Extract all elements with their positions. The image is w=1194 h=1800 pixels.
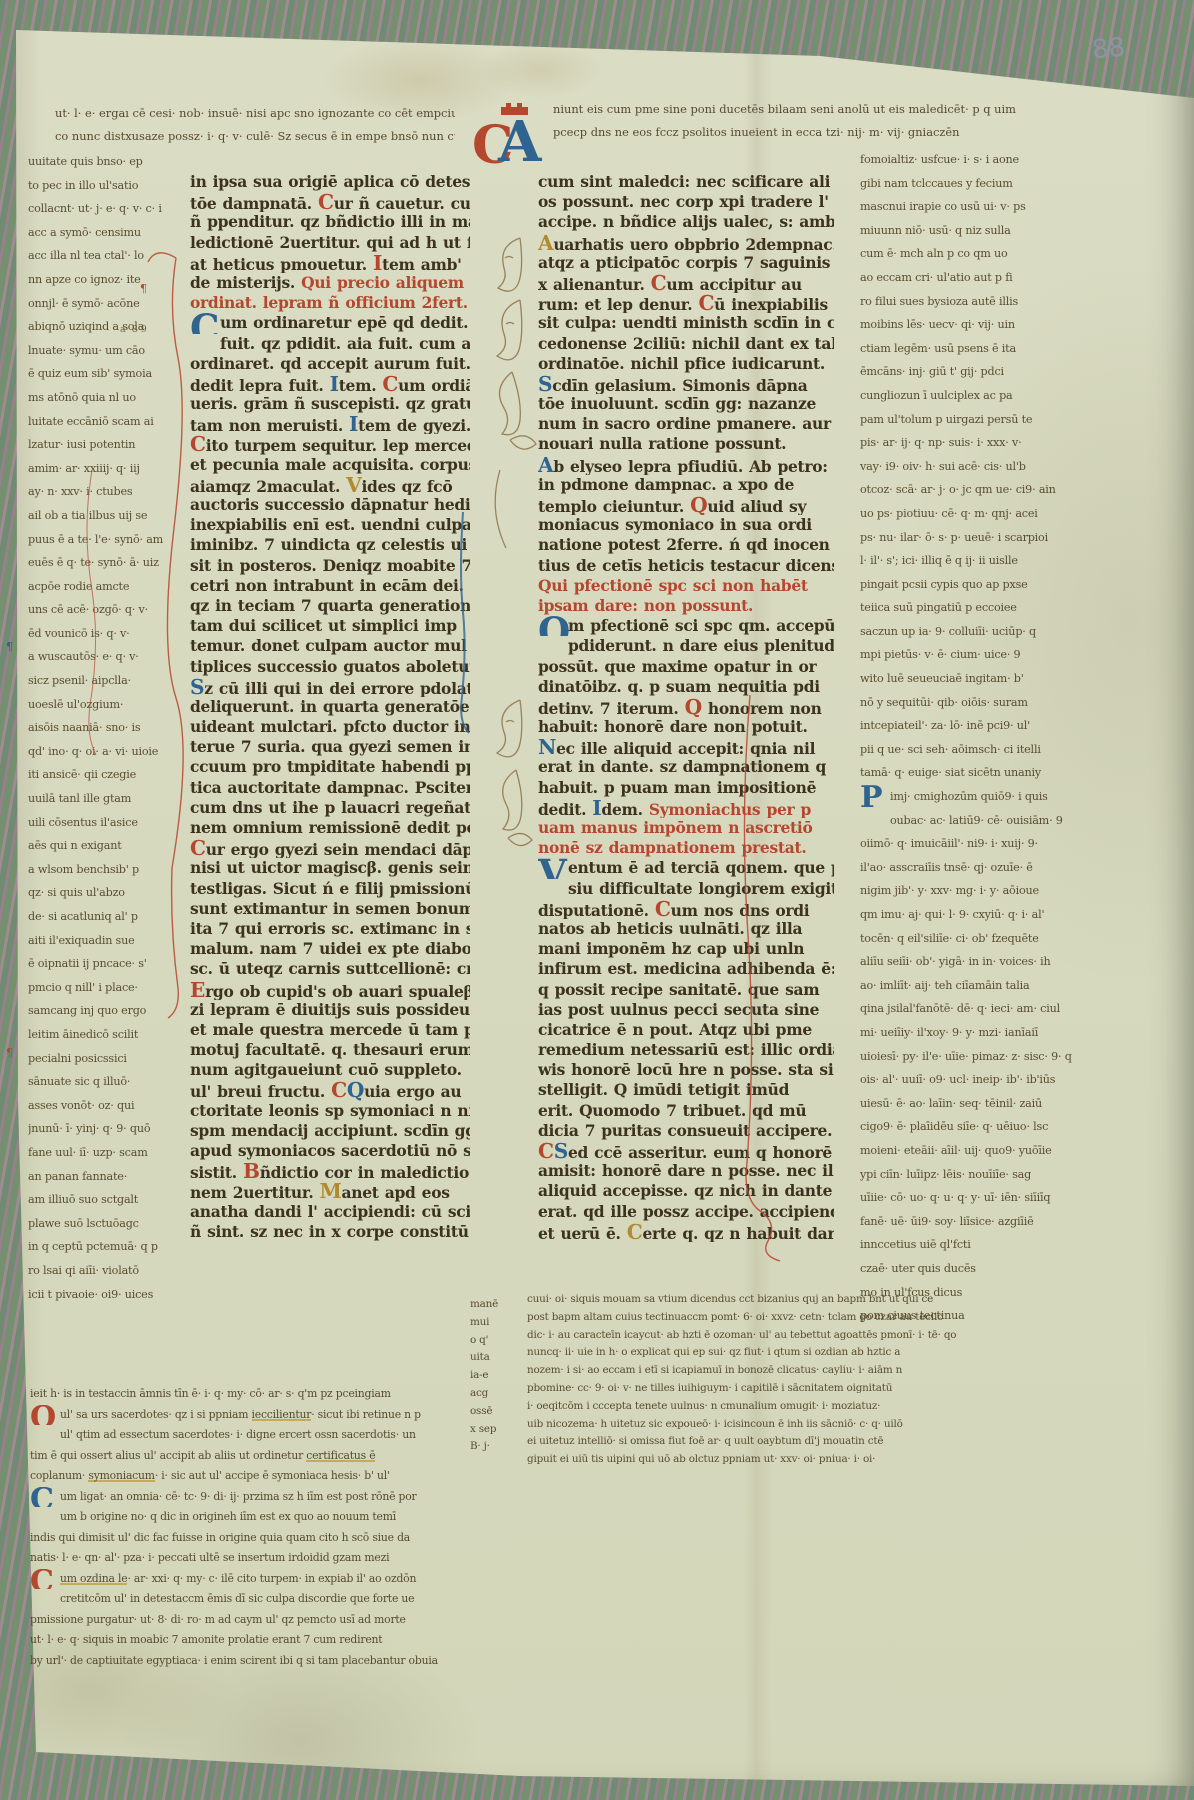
text-line: nonē sz dampnationem prestat.: [538, 838, 834, 858]
text-line: qina jsilal'fanōtē· dē· q· ieci· am· ciu…: [860, 997, 1172, 1021]
text-line: nn apze co ignoz· ite: [28, 268, 166, 292]
bottom-gloss-left: ieit h· is in testaccin āmnis tīn ē· i· …: [30, 1384, 478, 1671]
text-line: nisi ut uictor magiscβ. genis sein in: [190, 858, 470, 878]
text-line: cretitcōm ul' in detestaccm ēmis dī sic …: [30, 1589, 478, 1610]
body-text: symoniacum: [88, 1469, 154, 1482]
text-line: ieit h· is in testaccin āmnis tīn ē· i· …: [30, 1384, 478, 1405]
text-line: erit. Quomodo 7 tribuet. qd mū: [538, 1101, 834, 1121]
text-line: ia-e: [470, 1367, 525, 1385]
body-text: tica auctoritate dampnac. Psciteri: [190, 778, 470, 797]
text-line: abiqnō uziqind a sola: [28, 315, 166, 339]
body-text: aēs qui n exigant: [28, 839, 122, 852]
text-line: uili cōsentus il'asice: [28, 811, 166, 835]
text-line: vay· i9· oiv· h· sui acē· cis· ul'b: [860, 455, 1172, 479]
body-text: uns cē acē· ozgō· q· v·: [28, 603, 148, 616]
body-text: S: [538, 374, 552, 394]
text-line: possūt. que maxime opatur in or: [538, 657, 834, 677]
body-text: V: [346, 475, 361, 495]
text-line: tam dui scilicet ut simplici imp: [190, 616, 470, 636]
bottom-gloss-right: cuui· oi· siquis mouam sa vtium dicendus…: [527, 1291, 1177, 1469]
body-text: in pdmone dampnac. a xpo de: [538, 475, 794, 494]
body-text: A: [538, 455, 553, 475]
body-text: temur. donet culpam auctor mul: [190, 636, 467, 655]
text-line: ois· al'· uuiī· o9· ucl· ineip· ib'· ib'…: [860, 1068, 1172, 1092]
text-line: dedit lepra fuit. Item. Cum ordiā: [190, 374, 470, 394]
body-text: wito luē seueuciaē ingitam· b': [860, 672, 1024, 685]
paragraph-mark: ¶: [6, 1046, 13, 1059]
body-text: m pfectionē sci spc qm. accepūt p: [568, 616, 834, 635]
text-line: de· si acatluniq al' p: [28, 905, 166, 929]
body-text: in q ceptū pctemuā· q p: [28, 1240, 158, 1253]
body-text: jnunū· ī· yinj· q· 9· quō: [28, 1122, 150, 1135]
text-line: co nunc distxusaze possz· i· q· v· culē·…: [55, 125, 455, 148]
body-text: co nunc distxusaze possz· i· q· v· culē·…: [55, 129, 455, 143]
body-text: malum. nam 7 uidei ex pte diabolo: [190, 939, 470, 958]
body-text: in ipsa sua origiē aplica cō detesta: [190, 172, 470, 191]
body-text: ul' qtim ad essectum sacerdotes· i· dign…: [60, 1428, 416, 1441]
text-line: aliīu seiīi· ob'· yigā· in in· voices· i…: [860, 950, 1172, 974]
body-text: siu difficultate longiorem exigit: [568, 879, 834, 898]
body-text: teiica suū pingatiū p eccoiee: [860, 601, 1017, 614]
text-line: pis· ar· ij· q· np· suis· i· xxx· v·: [860, 431, 1172, 455]
rubric-text: C: [382, 374, 398, 394]
body-text: x alienantur.: [538, 275, 651, 293]
body-text: cicatrice ē n pout. Atqz ubi pme: [538, 1020, 812, 1039]
body-text: sunt extimantur in semen bonum.: [190, 899, 470, 918]
text-line: leitim āinedicō scilit: [28, 1023, 166, 1047]
body-text: ita 7 qui erroris sc. extimanc in sein: [190, 919, 470, 938]
body-text: cedonense 2ciliū: nichil dant ex tali: [538, 334, 834, 353]
body-text: moibins lēs· uecv· qi· vij· uin: [860, 318, 1015, 331]
text-line: Qul' sa urs sacerdotes· qz i si ppniam i…: [30, 1405, 478, 1426]
text-line: Ab elyseo lepra pfiudiū. Ab petro:: [538, 455, 834, 475]
text-line: mi· ueiīiy· il'xoy· 9· y· mzi· ianīaiī: [860, 1021, 1172, 1045]
text-line: ē quiz eum sib' symoia: [28, 362, 166, 386]
text-line: dicia 7 puritas consueuit accipere.: [538, 1121, 834, 1141]
illuminated-initial: O: [538, 616, 570, 636]
body-text: dem.: [601, 800, 648, 818]
body-text: mi· ueiīiy· il'xoy· 9· y· mzi· ianīaiī: [860, 1026, 1038, 1039]
body-text: oubac· ac· latiū9· cē· ouisiām· 9: [890, 814, 1063, 827]
text-line: atqz a pticipatōc corpis 7 saguinis: [538, 253, 834, 273]
text-line: uuilā tanl ille gtam: [28, 787, 166, 811]
body-text: sit in posteros. Deniqz moabite 7: [190, 556, 470, 575]
body-text: niunt eis cum pme sine poni ducetēs bila…: [553, 102, 1016, 116]
text-line: ordinat. lepram ñ officium 2fert.: [190, 293, 470, 313]
text-line: ledictionē 2uertitur. qui ad h ut fi: [190, 233, 470, 253]
body-text: pecialni posicssici: [28, 1052, 127, 1065]
body-text: rgo ob cupid's ob auari spualeβ gye: [205, 982, 470, 1000]
text-line: erat. qd ille possz accipe. accipiendū: [538, 1202, 834, 1222]
text-line: wis honorē locū hre n posse. sta sic: [538, 1060, 834, 1080]
text-line: ypi ciīn· luīipz· lēis· nouīiīe· sag: [860, 1163, 1172, 1187]
text-line: indis qui dimisit ul' dic fac fuisse in …: [30, 1528, 478, 1549]
body-text: acc illa nl tea ctal'· lo: [28, 249, 144, 262]
text-line: samcang inj quo ergo: [28, 999, 166, 1023]
text-line: pdiderunt. n dare eius plenitudinē: [538, 636, 834, 656]
body-text: saczun up ia· 9· colluiīi· uciūp· q: [860, 625, 1036, 638]
body-text: I: [349, 414, 358, 434]
text-line: czaē· uter quis ducēs: [860, 1257, 1172, 1281]
body-text: entum ē ad terciā qonem. que p: [568, 858, 834, 877]
body-text: ñ ppenditur. qz bñdictio illi in ma: [190, 212, 470, 231]
body-text: dic· i· au caracteīn icaycut· ab hzti ē …: [527, 1329, 956, 1341]
body-text: qz in teciam 7 quarta generationem.: [190, 596, 470, 615]
text-line: habuit: honorē dare non potuit.: [538, 717, 834, 737]
text-line: mani imponēm hz cap ubi unln: [538, 939, 834, 959]
illuminated-initial: P: [860, 785, 882, 809]
text-line: am illiuō suo sctgalt: [28, 1188, 166, 1212]
text-line: cum sint maledci: nec scificare ali: [538, 172, 834, 192]
body-text: ieccilientur: [252, 1408, 312, 1421]
text-line: cungliozun ī uulciplex ac pa: [860, 384, 1172, 408]
body-text: pdiderunt. n dare eius plenitudinē: [568, 636, 834, 655]
text-line: tim ē qui ossert alius ul' accipit ab al…: [30, 1446, 478, 1467]
body-text: um nos dns ordi: [671, 901, 810, 919]
illuminated-initial: C: [190, 313, 219, 333]
text-line: jnunū· ī· yinj· q· 9· quō: [28, 1117, 166, 1141]
text-line: aiti il'exiquadin sue: [28, 929, 166, 953]
text-line: amisit: honorē dare n posse. nec illū: [538, 1161, 834, 1181]
text-line: to pec in illo ul'satio: [28, 174, 166, 198]
text-line: at heticus pmouetur. Item amb': [190, 253, 470, 273]
body-text: uarhatis uero obpbrio 2dempnac.: [553, 235, 834, 253]
body-text: ei uitetuz intelliō· si omissa fiut foē …: [527, 1435, 883, 1447]
text-line: by url'· de captiuitate egyptiaca· i eni…: [30, 1651, 478, 1672]
body-text: cuui· oi· siquis mouam sa vtium dicendus…: [527, 1293, 933, 1305]
body-text: puus ē a te· l'e· synō· am: [28, 533, 163, 546]
body-text: ñdictio cor in maledictio: [260, 1163, 469, 1181]
rubric-text: C: [331, 1080, 347, 1100]
body-text: num agitgaueiunt cuō suppleto.: [190, 1060, 462, 1079]
body-text: I: [330, 374, 339, 394]
text-line: uo ps· piotiuu· cē· q· m· qnj· acei: [860, 502, 1172, 526]
body-text: cretitcōm ul' in detestaccm ēmis dī sic …: [60, 1592, 414, 1605]
body-text: tocēn· q eil'siliīe· ci· ob' fzequēte: [860, 932, 1039, 945]
body-text: anet apd eos: [342, 1183, 450, 1201]
text-line: teiica suū pingatiū p eccoiee: [860, 596, 1172, 620]
body-text: sānuate sic q illuō·: [28, 1075, 130, 1088]
text-line: l· il'· s'; ici· illiq ē q ij· ii uislle: [860, 549, 1172, 573]
body-text: um b origine no· q dic in origineh iīm e…: [60, 1510, 396, 1523]
text-line: Sz cū illi qui in dei errore pdolatē: [190, 677, 470, 697]
text-line: oubac· ac· latiū9· cē· ouisiām· 9: [860, 809, 1172, 833]
body-text: os possunt. nec corp xpi tradere l': [538, 192, 829, 211]
body-text: ēmcāns· inj· giū t' gij· pdci: [860, 365, 1004, 378]
body-text: mascnui irapie co usū ui· v· ps: [860, 200, 1026, 213]
text-line: sit in posteros. Deniqz moabite 7: [190, 556, 470, 576]
body-text: · ar· xxi· q· my· c· ilē cito turpem· in…: [127, 1572, 416, 1585]
body-text: tim ē qui ossert alius ul' accipit ab al…: [30, 1449, 306, 1462]
body-text: ueris. grām ñ suscepisti. qz gratuito: [190, 394, 470, 413]
text-line: iminibz. 7 uindicta qz celestis ui: [190, 535, 470, 555]
text-line: Nec ille aliquid accepit: qnia nil: [538, 737, 834, 757]
rubric-text: C: [655, 899, 671, 919]
body-text: M: [320, 1181, 342, 1201]
text-line: dic· i· au caracteīn icaycut· ab hzti ē …: [527, 1327, 1177, 1345]
body-text: uuitate quis bnso· ep: [28, 155, 143, 168]
body-text: z cū illi qui in dei errore pdolatē: [204, 679, 470, 697]
body-text: ps· nu· ilar· ō· s· p· ueuē· i scarpioi: [860, 531, 1048, 544]
manuscript-photo: 88 ut· l· e· ergaı cē cesi· nob· insuē· …: [0, 0, 1194, 1800]
text-line: ñ sint. sz nec in x corpe constitū.: [190, 1222, 470, 1242]
text-line: Pimj· cmighozūm quiō9· i quis: [860, 785, 1172, 809]
body-text: a wuscautōs· e· q· v·: [28, 650, 139, 663]
top-gloss-right: niunt eis cum pme sine poni ducetēs bila…: [553, 98, 1183, 144]
text-line: sicz psenil· aipclla·: [28, 669, 166, 693]
text-line: sistit. Bñdictio cor in maledictio: [190, 1161, 470, 1181]
text-line: moibins lēs· uecv· qi· vij· uin: [860, 313, 1172, 337]
text-line: q possit recipe sanitatē. que sam: [538, 980, 834, 1000]
text-line: Ergo ob cupid's ob auari spualeβ gye: [190, 980, 470, 1000]
body-text: et male questra mercede ū tam p: [190, 1020, 470, 1039]
body-text: aiamqz 2maculat.: [190, 477, 346, 495]
text-line: cetri non intrabunt in ecām dei. us: [190, 576, 470, 596]
text-line: natione potest 2ferre. ń qd inocen: [538, 535, 834, 555]
body-text: ia-e: [470, 1369, 488, 1381]
text-line: Cito turpem sequitur. lep mercede: [190, 434, 470, 454]
text-line: pbomine· cc· 9· oi· v· ne tilles iuihigu…: [527, 1380, 1177, 1398]
body-text: certificatus ē: [306, 1449, 375, 1462]
text-line: tōe dampnatā. Cur ñ cauetur. cur: [190, 192, 470, 212]
body-text: icii t pivaoie· oi9· uices: [28, 1288, 153, 1301]
text-line: aēs qui n exigant: [28, 834, 166, 858]
text-line: coplanum· symoniacum· i· sic aut ul' acc…: [30, 1466, 478, 1487]
body-text: uita: [470, 1351, 490, 1363]
text-line: asses vonōt· oz· qui: [28, 1094, 166, 1118]
body-text: ao eccam cri· ul'atio aut p fi: [860, 271, 1013, 284]
text-line: pcecp dns ne eos fccz psolitos inueient …: [553, 121, 1183, 144]
text-line: uib nicozema· h uitetuz sic expoueō· i· …: [527, 1416, 1177, 1434]
body-text: mpi pietūs· v· ē· cium· uice· 9: [860, 648, 1020, 661]
body-text: tem amb': [382, 255, 461, 273]
body-text: nisi ut uictor magiscβ. genis sein in: [190, 858, 470, 877]
illuminated-initial: Q: [30, 1405, 56, 1426]
body-text: ao· imliīt· aij· teh ciīamāin talia: [860, 979, 1029, 992]
text-line: deliquerunt. in quarta generatōe: [190, 697, 470, 717]
text-line: qz· si quis ul'abzo: [28, 881, 166, 905]
body-text: A: [538, 233, 553, 253]
body-text: an panan fannate·: [28, 1170, 127, 1183]
body-text: rum: et lep denur.: [538, 295, 698, 313]
text-line: habuit. p puam man impositionē: [538, 778, 834, 798]
body-text: qm imu· aj· qui· l· 9· cxyiū· q· i· al': [860, 908, 1044, 921]
text-line: dedit. Idem. Symoniachus per p: [538, 798, 834, 818]
text-line: lnuate· symu· um cāo: [28, 339, 166, 363]
monogram-letter-a: A: [498, 114, 541, 170]
text-line: pmcio q nill' i place·: [28, 976, 166, 1000]
body-text: by url'· de captiuitate egyptiaca· i eni…: [30, 1654, 438, 1667]
text-line: apud symoniacos sacerdotiū nō sub: [190, 1141, 470, 1161]
body-text: ro filui sues bysioza autē illis: [860, 295, 1018, 308]
body-text: C: [627, 1222, 643, 1242]
text-line: cum ē· mch aln p co qm uo: [860, 242, 1172, 266]
body-text: motuj facultatē. q. thesauri erum: [190, 1040, 470, 1059]
text-line: auctoris successio dāpnatur hedis.: [190, 495, 470, 515]
body-text: pcecp dns ne eos fccz psolitos inueient …: [553, 125, 959, 139]
text-line: CSed ccē asseritur. eum q honorē: [538, 1141, 834, 1161]
text-line: ao· imliīt· aij· teh ciīamāin talia: [860, 974, 1172, 998]
body-text: · sicut ibi retinue n p: [311, 1408, 421, 1421]
text-line: qm imu· aj· qui· l· 9· cxyiū· q· i· al': [860, 903, 1172, 927]
body-text: pingait pcsii cypis quo ap pxse: [860, 578, 1028, 591]
body-text: aisōis naaniā· sno· is: [28, 721, 140, 734]
body-text: et uerū ē.: [538, 1224, 627, 1242]
rubric-text: C: [190, 838, 206, 858]
rubric-text: I: [373, 253, 382, 273]
text-line: uuitate quis bnso· ep: [28, 150, 166, 174]
body-text: nuncq· ii· uie in h· o explicat qui ep s…: [527, 1346, 900, 1358]
text-line: il'ao· asscraiīis tnsē· qj· ozuīe· ē: [860, 856, 1172, 880]
body-text: a wlsom benchsib' p: [28, 863, 139, 876]
text-line: intcepiateil'· za· lō· inē pci9· ul': [860, 714, 1172, 738]
body-text: asses vonōt· oz· qui: [28, 1099, 134, 1112]
body-text: tem de gyezi.: [358, 416, 470, 434]
body-text: ul' breui fructu.: [190, 1082, 331, 1100]
body-text: fanē· uē· ūi9· soy· liīsice· azgiīiē: [860, 1215, 1034, 1228]
body-text: collacnt· ut· j· e· q· v· c· i: [28, 202, 162, 215]
body-text: nouari nulla ratione possunt.: [538, 434, 786, 453]
text-line: cedonense 2ciliū: nichil dant ex tali: [538, 334, 834, 354]
body-text: qina jsilal'fanōtē· dē· q· ieci· am· ciu…: [860, 1002, 1060, 1015]
text-line: manē: [470, 1296, 525, 1314]
body-text: honorem non: [702, 699, 822, 717]
body-text: et pecunia male acquisita. corpus: [190, 455, 470, 474]
body-text: cungliozun ī uulciplex ac pa: [860, 389, 1013, 402]
text-line: uita: [470, 1349, 525, 1367]
text-line: ut· l· e· q· siquis in moabic 7 amonite …: [30, 1630, 478, 1651]
text-line: uioiesī· py· il'e· uīie· pimaz· z· sisc·…: [860, 1045, 1172, 1069]
body-text: aiti il'exiquadin sue: [28, 934, 135, 947]
body-text: erat. qd ille possz accipe. accipiendū: [538, 1202, 834, 1221]
text-line: disputationē. Cum nos dns ordi: [538, 899, 834, 919]
body-text: aliquid accepisse. qz nich in dante: [538, 1181, 832, 1200]
body-text: uid aliud sy: [707, 497, 806, 515]
text-line: sunt extimantur in semen bonum.: [190, 899, 470, 919]
body-text: onnjl· ē symō· acōne: [28, 297, 140, 310]
body-text: acc a symō· censimu: [28, 226, 141, 239]
body-text: pii q ue· sci seh· aōimsch· ci itelli: [860, 743, 1041, 756]
body-text: ctiam legēm· usū psens ē ita: [860, 342, 1016, 355]
text-line: an panan fannate·: [28, 1165, 166, 1189]
body-text: accipe. n bñdice alijs ualec, s: ambr.: [538, 212, 834, 231]
text-line: pecialni posicssici: [28, 1047, 166, 1071]
body-text: tem.: [339, 376, 383, 394]
bottom-gloss-fragments: manēmuio q'uitaia-eacgossēx sepB· j·: [470, 1296, 525, 1456]
text-line: Cur ergo gyezi sein mendaci dāpnac: [190, 838, 470, 858]
body-text: ccuum pro tmpiditate habendi pphe: [190, 757, 470, 776]
body-text: indis qui dimisit ul' dic fac fuisse in …: [30, 1531, 410, 1544]
body-text: ledictionē 2uertitur. qui ad h ut fi: [190, 233, 470, 252]
text-line: detinv. 7 iterum. Q honorem non: [538, 697, 834, 717]
body-text: ordinatōe. nichil pfice iudicarunt.: [538, 354, 825, 373]
text-line: et pecunia male acquisita. corpus: [190, 455, 470, 475]
text-line: rum: et lep denur. Cū inexpiabilis: [538, 293, 834, 313]
text-line: in pdmone dampnac. a xpo de: [538, 475, 834, 495]
body-text: nō y sequitūi· qib· oiōis· suram: [860, 696, 1028, 709]
body-text: tam non meruisti.: [190, 416, 349, 434]
body-text: um accipitur au: [666, 275, 801, 293]
text-line: Cum ozdina le· ar· xxi· q· my· c· ilē ci…: [30, 1569, 478, 1590]
text-line: dinatōibz. q. p suam nequitia pdi: [538, 677, 834, 697]
body-text: dicia 7 puritas consueuit accipere.: [538, 1121, 832, 1140]
text-line: stelligit. Q imūdi tetigit imūd: [538, 1080, 834, 1100]
body-text: anatha dandi l' accipiendi: cū sci: [190, 1202, 470, 1221]
body-text: erit. Quomodo 7 tribuet. qd mū: [538, 1101, 806, 1120]
text-line: tam non meruisti. Item de gyezi.: [190, 414, 470, 434]
body-text: uioiesī· py· il'e· uīie· pimaz· z· sisc·…: [860, 1050, 1072, 1063]
text-line: ro filui sues bysioza autē illis: [860, 290, 1172, 314]
rubric-text: ipsam dare: non possunt.: [538, 596, 753, 615]
body-text: sistit.: [190, 1163, 243, 1181]
text-line: mui: [470, 1314, 525, 1332]
body-text: de misterijs.: [190, 273, 301, 292]
text-line: ul' breui fructu. CQuia ergo au: [190, 1080, 470, 1100]
text-line: otcoz· scā· ar· j· o· jc qm ue· ci9· ain: [860, 478, 1172, 502]
text-line: fane uul· iī· uzp· scam: [28, 1141, 166, 1165]
text-line: x sep: [470, 1421, 525, 1439]
body-text: tiplices successio guatos aboletur.: [190, 657, 470, 676]
text-line: qz in teciam 7 quarta generationem.: [190, 596, 470, 616]
text-line: qd' ino· q· oi· a· vi· uioie: [28, 740, 166, 764]
text-line: spm mendacij accipiunt. scdīn gg.: [190, 1121, 470, 1141]
body-text: tōe dampnatā.: [190, 194, 318, 212]
text-line: ipsam dare: non possunt.: [538, 596, 834, 616]
body-text: ur ñ cauetur. cur: [334, 194, 470, 212]
text-line: moieni· eteāii· aīil· uij· quo9· yuōīie: [860, 1139, 1172, 1163]
body-text: moniacus symoniaco in sua ordi: [538, 515, 812, 534]
body-text: tamā· q· euige· siat sicētn unaniy: [860, 766, 1041, 779]
body-text: N: [538, 737, 556, 757]
text-line: inexpiabilis enī est. uendni culpa: [190, 515, 470, 535]
body-text: samcang inj quo ergo: [28, 1004, 146, 1017]
text-line: aisōis naaniā· sno· is: [28, 716, 166, 740]
body-text: stelligit. Q imūdi tetigit imūd: [538, 1080, 789, 1099]
text-line: uns cē acē· ozgō· q· v·: [28, 598, 166, 622]
body-text: zi lepram ē diuitijs suis possideut.: [190, 1000, 470, 1019]
text-line: ro lsai qi aiīi· violatō: [28, 1259, 166, 1283]
text-line: natis· l· e· qn· al'· pza· i· peccati ul…: [30, 1548, 478, 1569]
body-text: apud symoniacos sacerdotiū nō sub: [190, 1141, 470, 1160]
text-line: tius de cetīs heticis testacur dicens.: [538, 556, 834, 576]
body-text: de· si acatluniq al' p: [28, 910, 138, 923]
body-text: plawe suō lsctuōagc: [28, 1217, 139, 1230]
text-line: erat in dante. sz dampnationem q: [538, 757, 834, 777]
body-text: S: [190, 677, 204, 697]
text-line: um b origine no· q dic in origineh iīm e…: [30, 1507, 478, 1528]
text-line: uam manus impōnem n ascretiō: [538, 818, 834, 838]
right-gloss-column: fomoialtiz· usfcue· i· s· i aonegibi nam…: [860, 148, 1172, 1328]
body-text: post bapm altam cuius tectinuaccm pomt· …: [527, 1311, 943, 1323]
rubric-text: C: [190, 434, 206, 454]
body-text: ñ sint. sz nec in x corpe constitū.: [190, 1222, 470, 1241]
body-text: um ligat· an omnia· cē· tc· 9· di· ij· p…: [60, 1490, 417, 1503]
body-text: imj· cmighozūm quiō9· i quis: [890, 790, 1048, 803]
body-text: ē oipnatii ij pncace· s': [28, 957, 147, 970]
body-text: manē: [470, 1298, 498, 1310]
body-text: · i· sic aut ul' accipe ē symoniaca hesi…: [155, 1469, 390, 1482]
body-text: ēd vounicō is· q· v·: [28, 627, 130, 640]
body-text: nozem· i si· ao eccam i etī si icapiamuī…: [527, 1364, 902, 1376]
body-text: mui: [470, 1316, 489, 1328]
body-text: uib nicozema· h uitetuz sic expoueō· i· …: [527, 1418, 903, 1430]
body-text: Q: [347, 1080, 364, 1100]
text-line: siu difficultate longiorem exigit: [538, 879, 834, 899]
body-text: amim· ar· xxiiij· q· iij: [28, 462, 140, 475]
text-line: uideant mulctari. pfcto ductor in: [190, 717, 470, 737]
body-text: abiqnō uziqind a sola: [28, 320, 144, 333]
folio-number: 88: [1091, 33, 1127, 66]
